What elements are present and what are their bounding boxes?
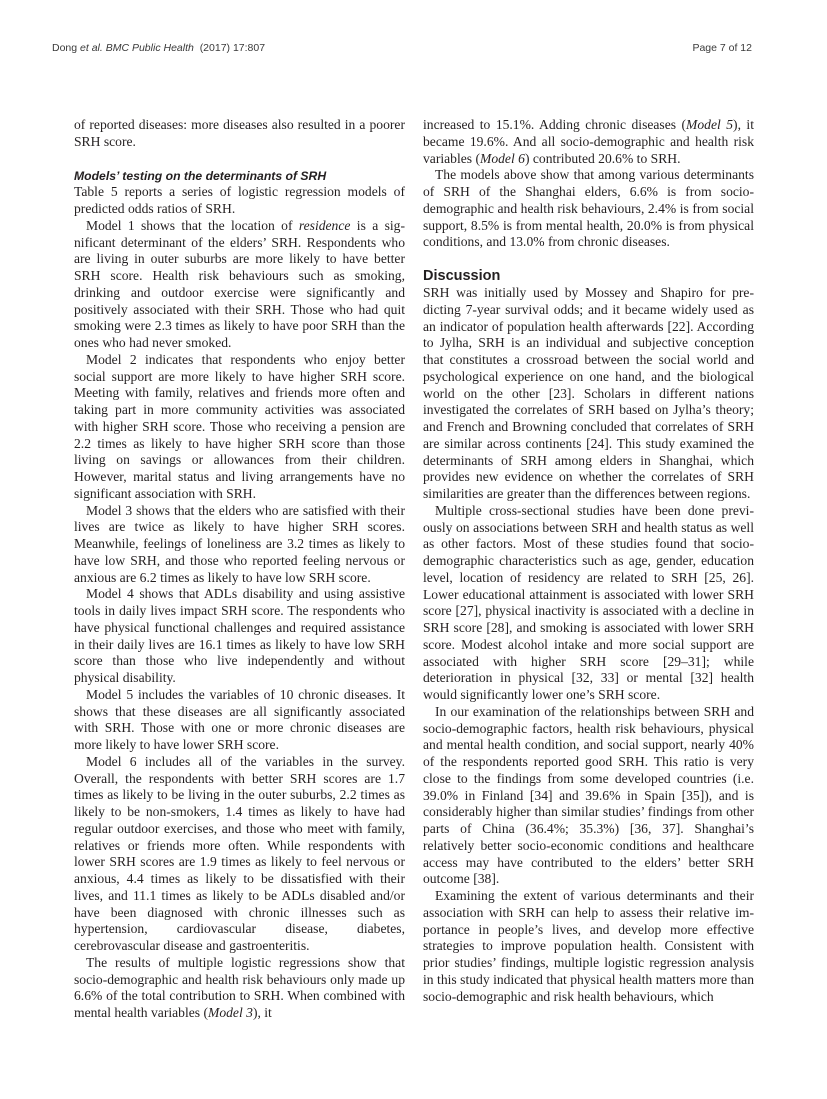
- running-header: Dong et al. BMC Public Health (2017) 17:…: [52, 42, 752, 58]
- text-span: ), it: [253, 1005, 272, 1020]
- paragraph-table5: Table 5 reports a series of logistic reg…: [74, 184, 405, 218]
- text-span: increased to 15.1%. Adding chronic disea…: [423, 117, 686, 132]
- paragraph-discussion-2: Multiple cross-sectional studies have be…: [423, 503, 754, 704]
- emphasis-model3: Model 3: [208, 1005, 253, 1020]
- text-span: is a sig­nificant determinant of the eld…: [74, 218, 405, 350]
- paragraph-model2: Model 2 indicates that respondents who e…: [74, 352, 405, 503]
- right-column: increased to 15.1%. Adding chronic disea…: [423, 117, 754, 1005]
- paragraph-model4: Model 4 shows that ADLs disability and u…: [74, 586, 405, 687]
- continued-paragraph: increased to 15.1%. Adding chronic disea…: [423, 117, 754, 167]
- paragraph-discussion-1: SRH was initially used by Mossey and Sha…: [423, 285, 754, 503]
- paragraph-discussion-4: Examining the extent of various determin…: [423, 888, 754, 1005]
- text-span: ) contributed 20.6% to SRH.: [525, 151, 681, 166]
- page-number: Page 7 of 12: [692, 42, 752, 54]
- paragraph-regression-results: The results of multiple logistic regress…: [74, 955, 405, 1022]
- continued-paragraph: of reported diseases: more diseases also…: [74, 117, 405, 151]
- paragraph-models-summary: The models above show that among various…: [423, 167, 754, 251]
- header-et-al: et al.: [80, 42, 103, 54]
- header-journal: BMC Public Health: [106, 42, 194, 54]
- left-column: of reported diseases: more diseases also…: [74, 117, 405, 1022]
- header-citation: Dong et al. BMC Public Health (2017) 17:…: [52, 42, 265, 54]
- text-span: Model 1 shows that the location of: [86, 218, 299, 233]
- paragraph-model3: Model 3 shows that the elders who are sa…: [74, 503, 405, 587]
- paragraph-discussion-3: In our examination of the relationships …: [423, 704, 754, 888]
- emphasis-residence: residence: [299, 218, 351, 233]
- paragraph-model6: Model 6 includes all of the variables in…: [74, 754, 405, 955]
- section-title-discussion: Discussion: [423, 267, 754, 285]
- paragraph-model1: Model 1 shows that the location of resid…: [74, 218, 405, 352]
- paragraph-model5: Model 5 includes the variables of 10 chr…: [74, 687, 405, 754]
- header-volume: (2017) 17:807: [200, 42, 265, 54]
- subsection-title: Models’ testing on the determinants of S…: [74, 168, 405, 185]
- header-authors: Dong: [52, 42, 77, 54]
- emphasis-model5: Model 5: [686, 117, 733, 132]
- emphasis-model6: Model 6: [480, 151, 525, 166]
